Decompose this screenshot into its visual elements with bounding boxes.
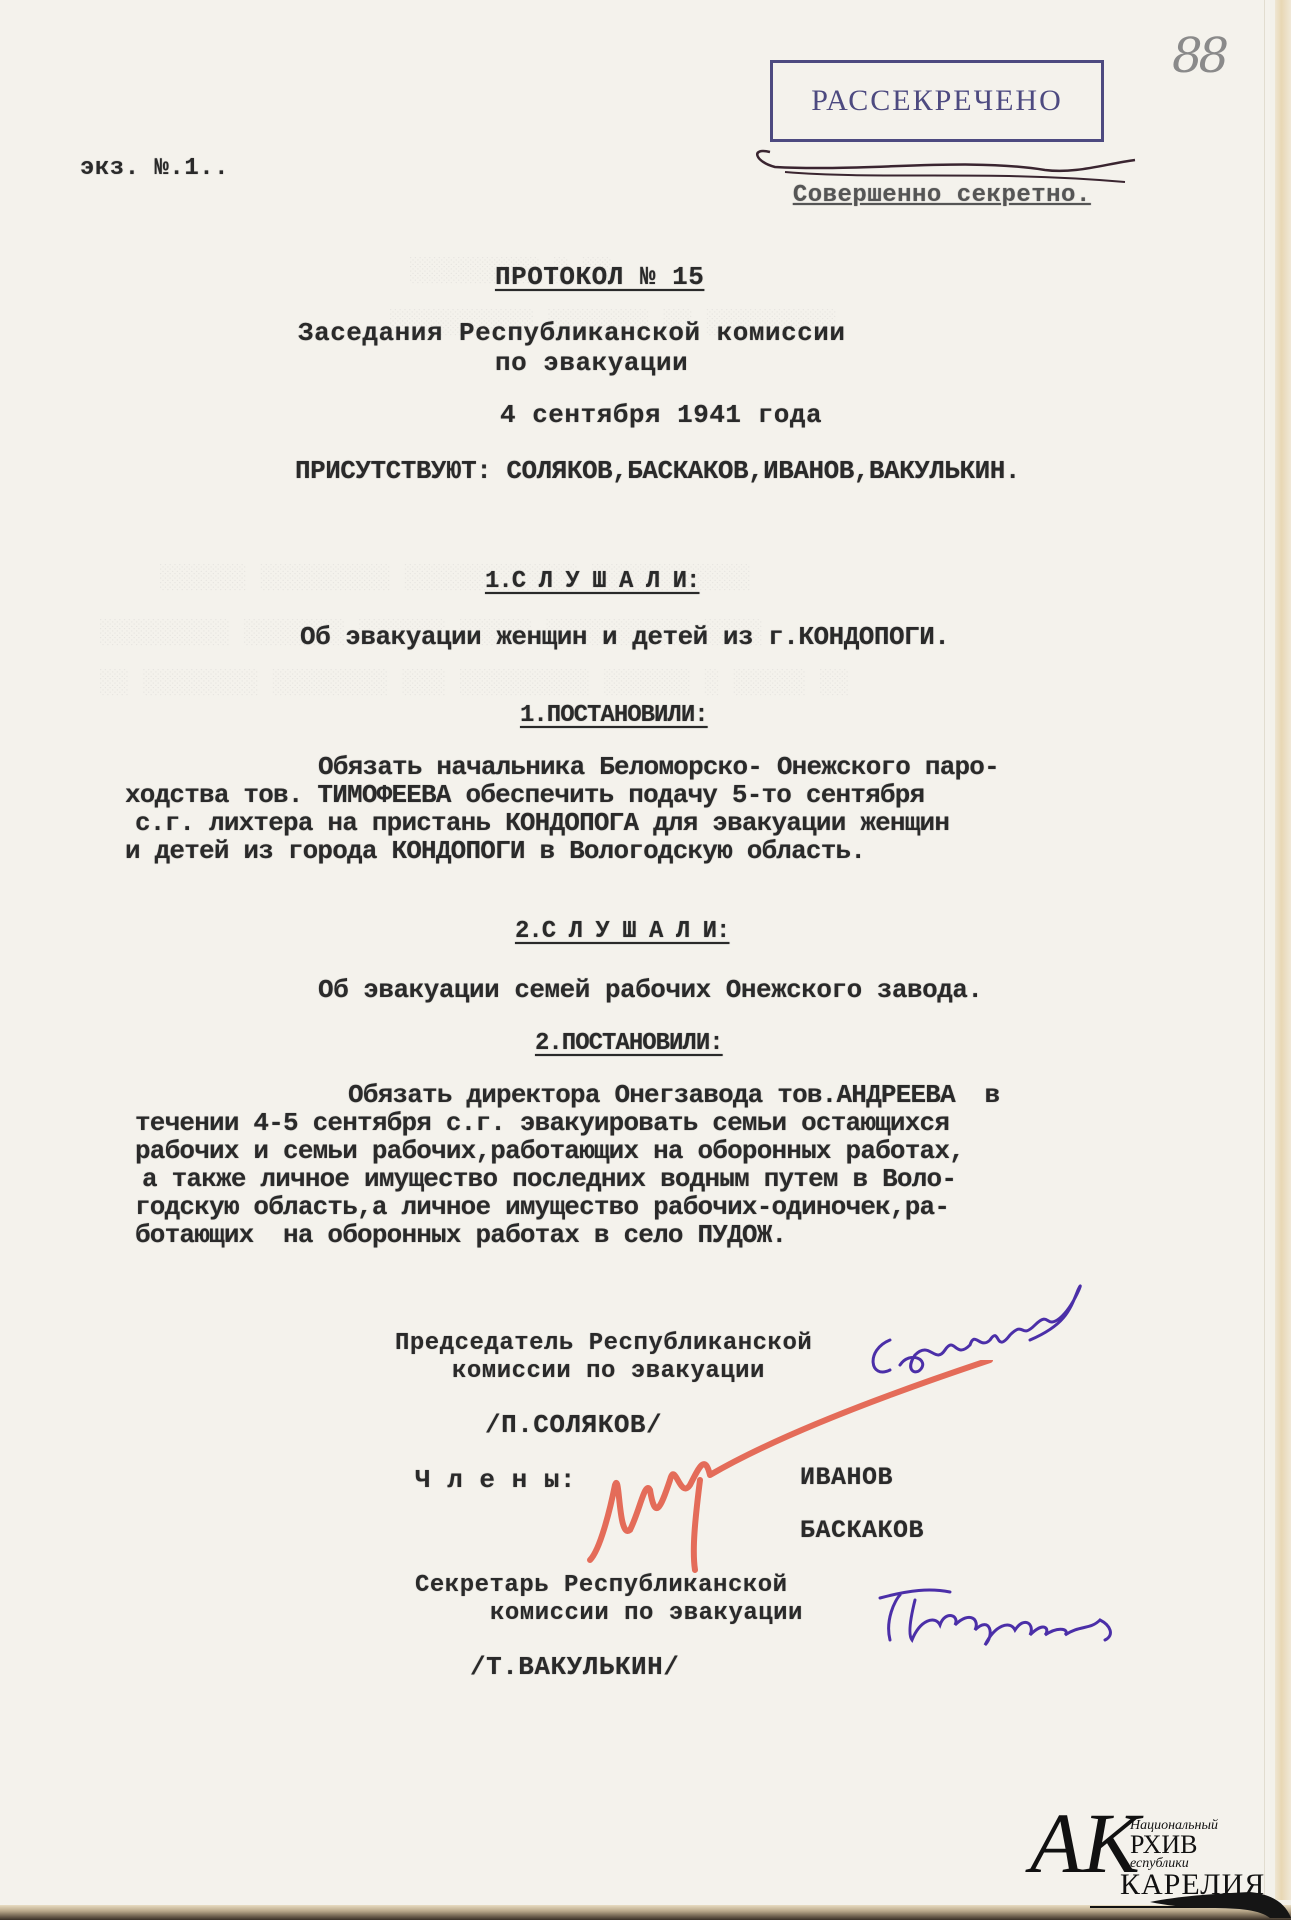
members-label: Ч л е н ы: bbox=[415, 1465, 576, 1495]
item1-resolved-line: Обязать начальника Беломорско- Онежского… bbox=[318, 752, 999, 782]
member-ivanov: ИВАНОВ bbox=[800, 1463, 893, 1492]
item1-heard-text: Об эвакуации женщин и детей из г.КОНДОПО… bbox=[300, 622, 949, 652]
item2-heard-text: Об эвакуации семей рабочих Онежского зав… bbox=[318, 975, 983, 1005]
protocol-subtitle-line2: по эвакуации bbox=[495, 348, 688, 378]
meeting-date: 4 сентября 1941 года bbox=[500, 400, 822, 430]
protocol-subtitle-line1: Заседания Республиканской комиссии bbox=[298, 318, 846, 348]
item1-heard-label: 1.С Л У Ш А Л И: bbox=[485, 568, 699, 595]
stamp-label: РАССЕКРЕЧЕНО bbox=[811, 84, 1063, 118]
item2-resolved-line: Обязать директора Онегзавода тов.АНДРЕЕВ… bbox=[348, 1080, 999, 1110]
secretary-title-line1: Секретарь Республиканской bbox=[415, 1572, 788, 1599]
item1-resolved-line: ходства тов. ТИМОФЕЕВА обеспечить подачу… bbox=[125, 780, 924, 810]
item1-resolved-line: с.г. лихтера на пристань КОНДОПОГА для э… bbox=[135, 808, 949, 838]
secretary-name: /Т.ВАКУЛЬКИН/ bbox=[470, 1652, 679, 1682]
item2-resolved-line: годскую область,а личное имущество рабоч… bbox=[135, 1192, 949, 1222]
member-signature-red bbox=[570, 1360, 1020, 1600]
secretary-signature bbox=[870, 1580, 1150, 1670]
protocol-title: ПРОТОКОЛ № 15 bbox=[495, 262, 704, 292]
chair-title-line1: Председатель Республиканской bbox=[395, 1330, 812, 1357]
quill-feather-icon bbox=[1150, 1888, 1291, 1920]
strikethrough-scribble-icon bbox=[745, 142, 1145, 192]
secretary-title-line2: комиссии по эвакуации bbox=[490, 1600, 803, 1627]
attendees: ПРИСУТСТВУЮТ: СОЛЯКОВ,БАСКАКОВ,ИВАНОВ,ВА… bbox=[295, 456, 1020, 486]
archive-page-number: 88 bbox=[1172, 28, 1225, 84]
page-edge-line bbox=[1264, 0, 1265, 1900]
member-baskakov: БАСКАКОВ bbox=[800, 1516, 924, 1545]
item2-resolved-line: а также личное имущество последних водны… bbox=[142, 1164, 956, 1194]
item2-resolved-label: 2.ПОСТАНОВИЛИ: bbox=[535, 1030, 723, 1057]
item1-resolved-label: 1.ПОСТАНОВИЛИ: bbox=[520, 702, 708, 729]
page-edge-right bbox=[1275, 0, 1291, 1900]
item2-resolved-line: течении 4-5 сентября с.г. эвакуировать с… bbox=[135, 1108, 949, 1138]
bleed-through-text: ░░ ░░░░░░░░ ░░░░░░░░ ░░░ ░░░░░░░░░ ░░░░░… bbox=[100, 670, 849, 697]
item2-heard-label: 2.С Л У Ш А Л И: bbox=[515, 918, 729, 945]
copy-number: экз. №.1.. bbox=[80, 155, 229, 182]
item2-resolved-line: ботающих на оборонных работах в село ПУД… bbox=[135, 1220, 786, 1250]
declassified-stamp: РАССЕКРЕЧЕНО bbox=[770, 60, 1104, 142]
item1-resolved-line: и детей из города КОНДОПОГИ в Вологодску… bbox=[125, 836, 865, 866]
item2-resolved-line: рабочих и семьи рабочих,работающих на об… bbox=[135, 1136, 964, 1166]
